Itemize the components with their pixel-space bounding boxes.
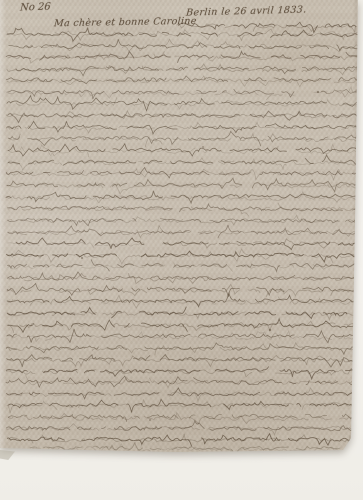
letter-paper-wrap: No 26 Berlin le 26 avril 1833. Ma chère … — [0, 0, 363, 460]
handwriting-lines — [0, 0, 363, 460]
scanned-letter: No 26 Berlin le 26 avril 1833. Ma chère … — [0, 0, 363, 500]
letter-paper: No 26 Berlin le 26 avril 1833. Ma chère … — [0, 0, 363, 460]
